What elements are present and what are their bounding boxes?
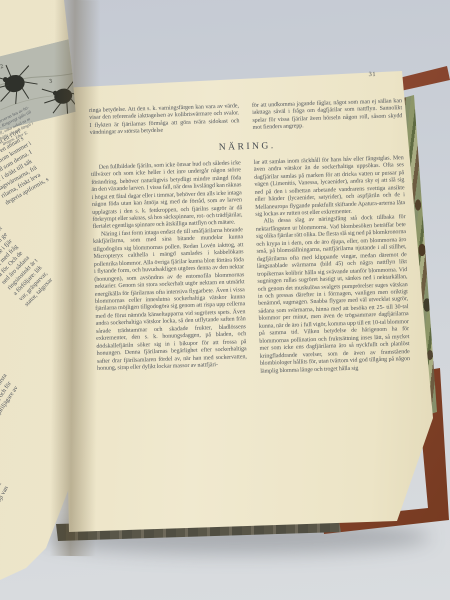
body-paragraph-1: Den fullbildade fjäriln, som icke ömsar … [91,160,243,232]
intro-paragraph-row: ringa betydelse. Att den s. k. varningsf… [89,98,404,138]
left-page-text-mid: kroppsform, stsin gul- och svaäven genom… [0,213,57,309]
body-paragraph-2-continued: lar att samlas inom räckhåll för hans hå… [254,155,406,219]
left-page-text-bottom: g att täcka sigen nattfjem, genomnde fie… [0,449,16,508]
body-column-right: lar att samlas inom räckhåll för hans hå… [254,155,411,376]
body-column-left: Den fullbildade fjäriln, som icke ömsar … [91,160,248,381]
intro-text-right: för att undkomma jagande fåglar, något s… [252,98,403,133]
body-paragraph-3: Alla dessa slag av näringsfång stå dock … [256,215,411,376]
intro-column-left: ringa betydelse. Att den s. k. varningsf… [89,103,240,138]
page-number: 31 [368,71,376,78]
left-page-text-upper: r, d. v. s. att en i övratt likna en ann… [0,126,53,207]
body-paragraph-2: Näring i fast form intaga endast de till… [93,227,247,373]
intro-text-left: ringa betydelse. Att den s. k. varningsf… [89,103,240,138]
section-heading: NÄRING. [90,137,404,157]
right-page-text: 31 ringa betydelse. Att den s. k. varnin… [88,68,414,468]
body-text-row: Den fullbildade fjäriln, som icke ömsar … [91,155,412,381]
intro-column-right: för att undkomma jagande fåglar, något s… [252,98,403,133]
book-photograph: 2 3 ta. larverna hos av hö-del. Krigsvag… [0,0,450,600]
left-page-text-lower: lor, åtskilliga anre komma överav insekt… [0,349,23,418]
